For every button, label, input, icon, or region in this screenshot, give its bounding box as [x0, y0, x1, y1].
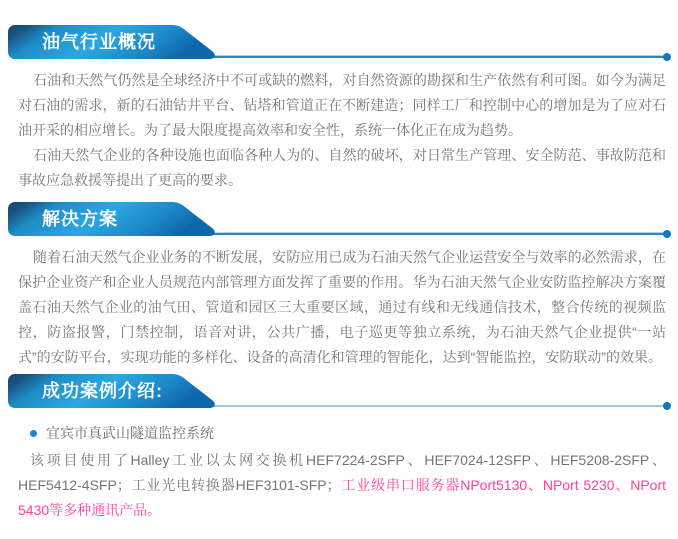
header-ribbon: 成功案例介绍: [8, 374, 220, 408]
section-header: 油气行业概况 [8, 25, 670, 59]
case-detail: 该项目使用了Halley工业以太网交换机HEF7224-2SFP、HEF7024… [0, 448, 678, 523]
divider-end-dot-icon [663, 402, 671, 410]
section-title: 成功案例介绍: [42, 374, 163, 408]
solution-page: 油气行业概况 石油和天然气仍然是全球经济中不可或缺的燃料，对自然资源的勘探和生产… [0, 0, 678, 539]
case-list-item: 宜宾市真武山隧道监控系统 [0, 423, 678, 443]
section-title: 油气行业概况 [42, 25, 156, 59]
header-ribbon: 油气行业概况 [8, 25, 220, 59]
case-title: 宜宾市真武山隧道监控系统 [46, 423, 214, 443]
bullet-icon [30, 430, 37, 437]
overview-paragraph-1: 石油和天然气仍然是全球经济中不可或缺的燃料，对自然资源的勘探和生产依然有利可图。… [0, 68, 678, 143]
header-ribbon: 解决方案 [8, 202, 220, 236]
section-header: 解决方案 [8, 202, 670, 236]
overview-paragraph-2: 石油天然气企业的各种设施也面临各种人为的、自然的破坏，对日常生产管理、安全防范、… [0, 143, 678, 193]
section-success-cases: 成功案例介绍: 宜宾市真武山隧道监控系统 该项目使用了Halley工业以太网交换… [0, 374, 678, 523]
divider-end-dot-icon [663, 53, 671, 61]
section-header: 成功案例介绍: [8, 374, 670, 408]
section-title: 解决方案 [42, 202, 118, 236]
section-solution: 解决方案 随着石油天然气企业业务的不断发展，安防应用已成为石油天然气企业运营安全… [0, 202, 678, 370]
divider-end-dot-icon [663, 230, 671, 238]
solution-paragraph: 随着石油天然气企业业务的不断发展，安防应用已成为石油天然气企业运营安全与效率的必… [0, 245, 678, 370]
section-industry-overview: 油气行业概况 石油和天然气仍然是全球经济中不可或缺的燃料，对自然资源的勘探和生产… [0, 25, 678, 193]
